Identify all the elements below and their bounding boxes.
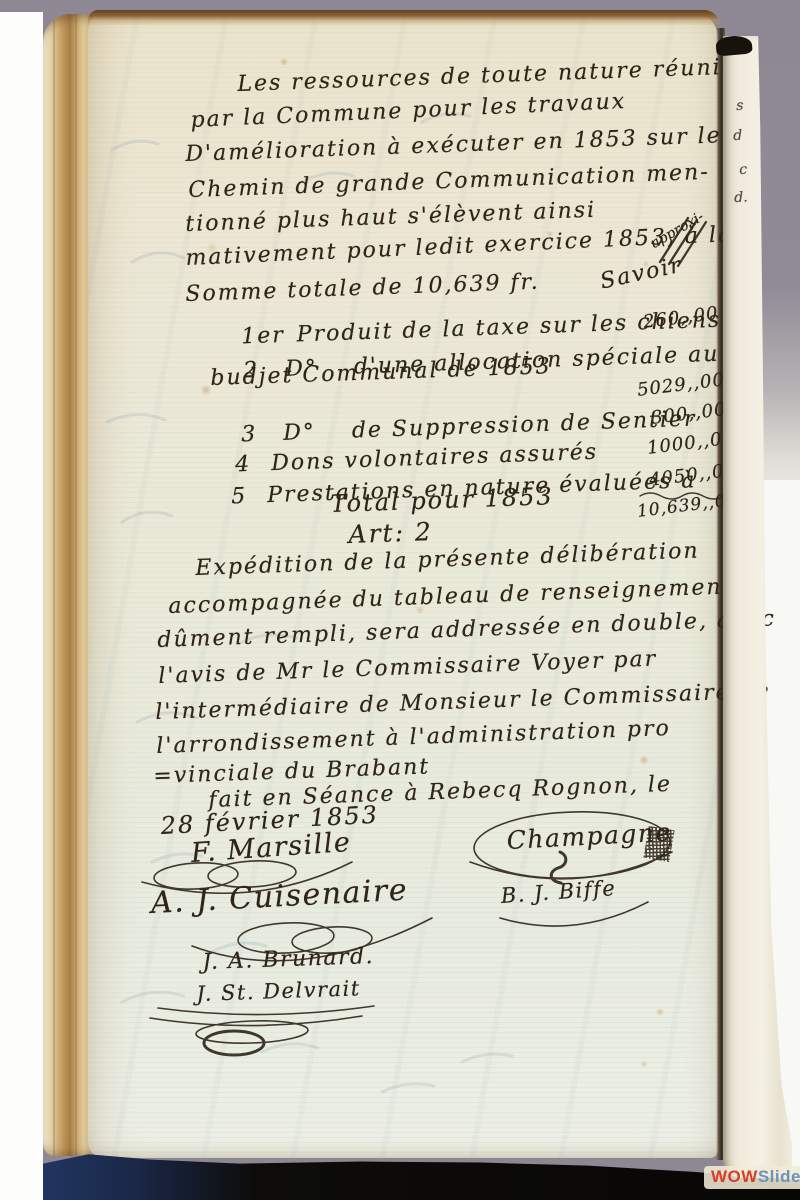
facing-page-fragment-1: s bbox=[736, 98, 744, 114]
wowslider-brand-light: Slider bbox=[758, 1167, 800, 1186]
item-5-num: 5 bbox=[231, 484, 248, 510]
cover-corner bbox=[715, 34, 753, 56]
facing-page-fragment-4: d. bbox=[734, 190, 748, 206]
champagne-paraph-icon bbox=[643, 826, 674, 862]
facing-page-fragment-3: c bbox=[739, 162, 747, 178]
wowslider-watermark[interactable]: WOWSlider bbox=[704, 1166, 800, 1189]
page-top-burn-edge bbox=[88, 10, 720, 26]
facing-page-fragment-2: d bbox=[733, 128, 743, 144]
article-heading: Art: 2 bbox=[348, 517, 433, 549]
photo-of-manuscript: { "watermark": { "brand_bold": "WOW", "b… bbox=[0, 0, 800, 1200]
wowslider-brand-bold: WOW bbox=[711, 1167, 758, 1186]
background-left bbox=[0, 9, 43, 1200]
